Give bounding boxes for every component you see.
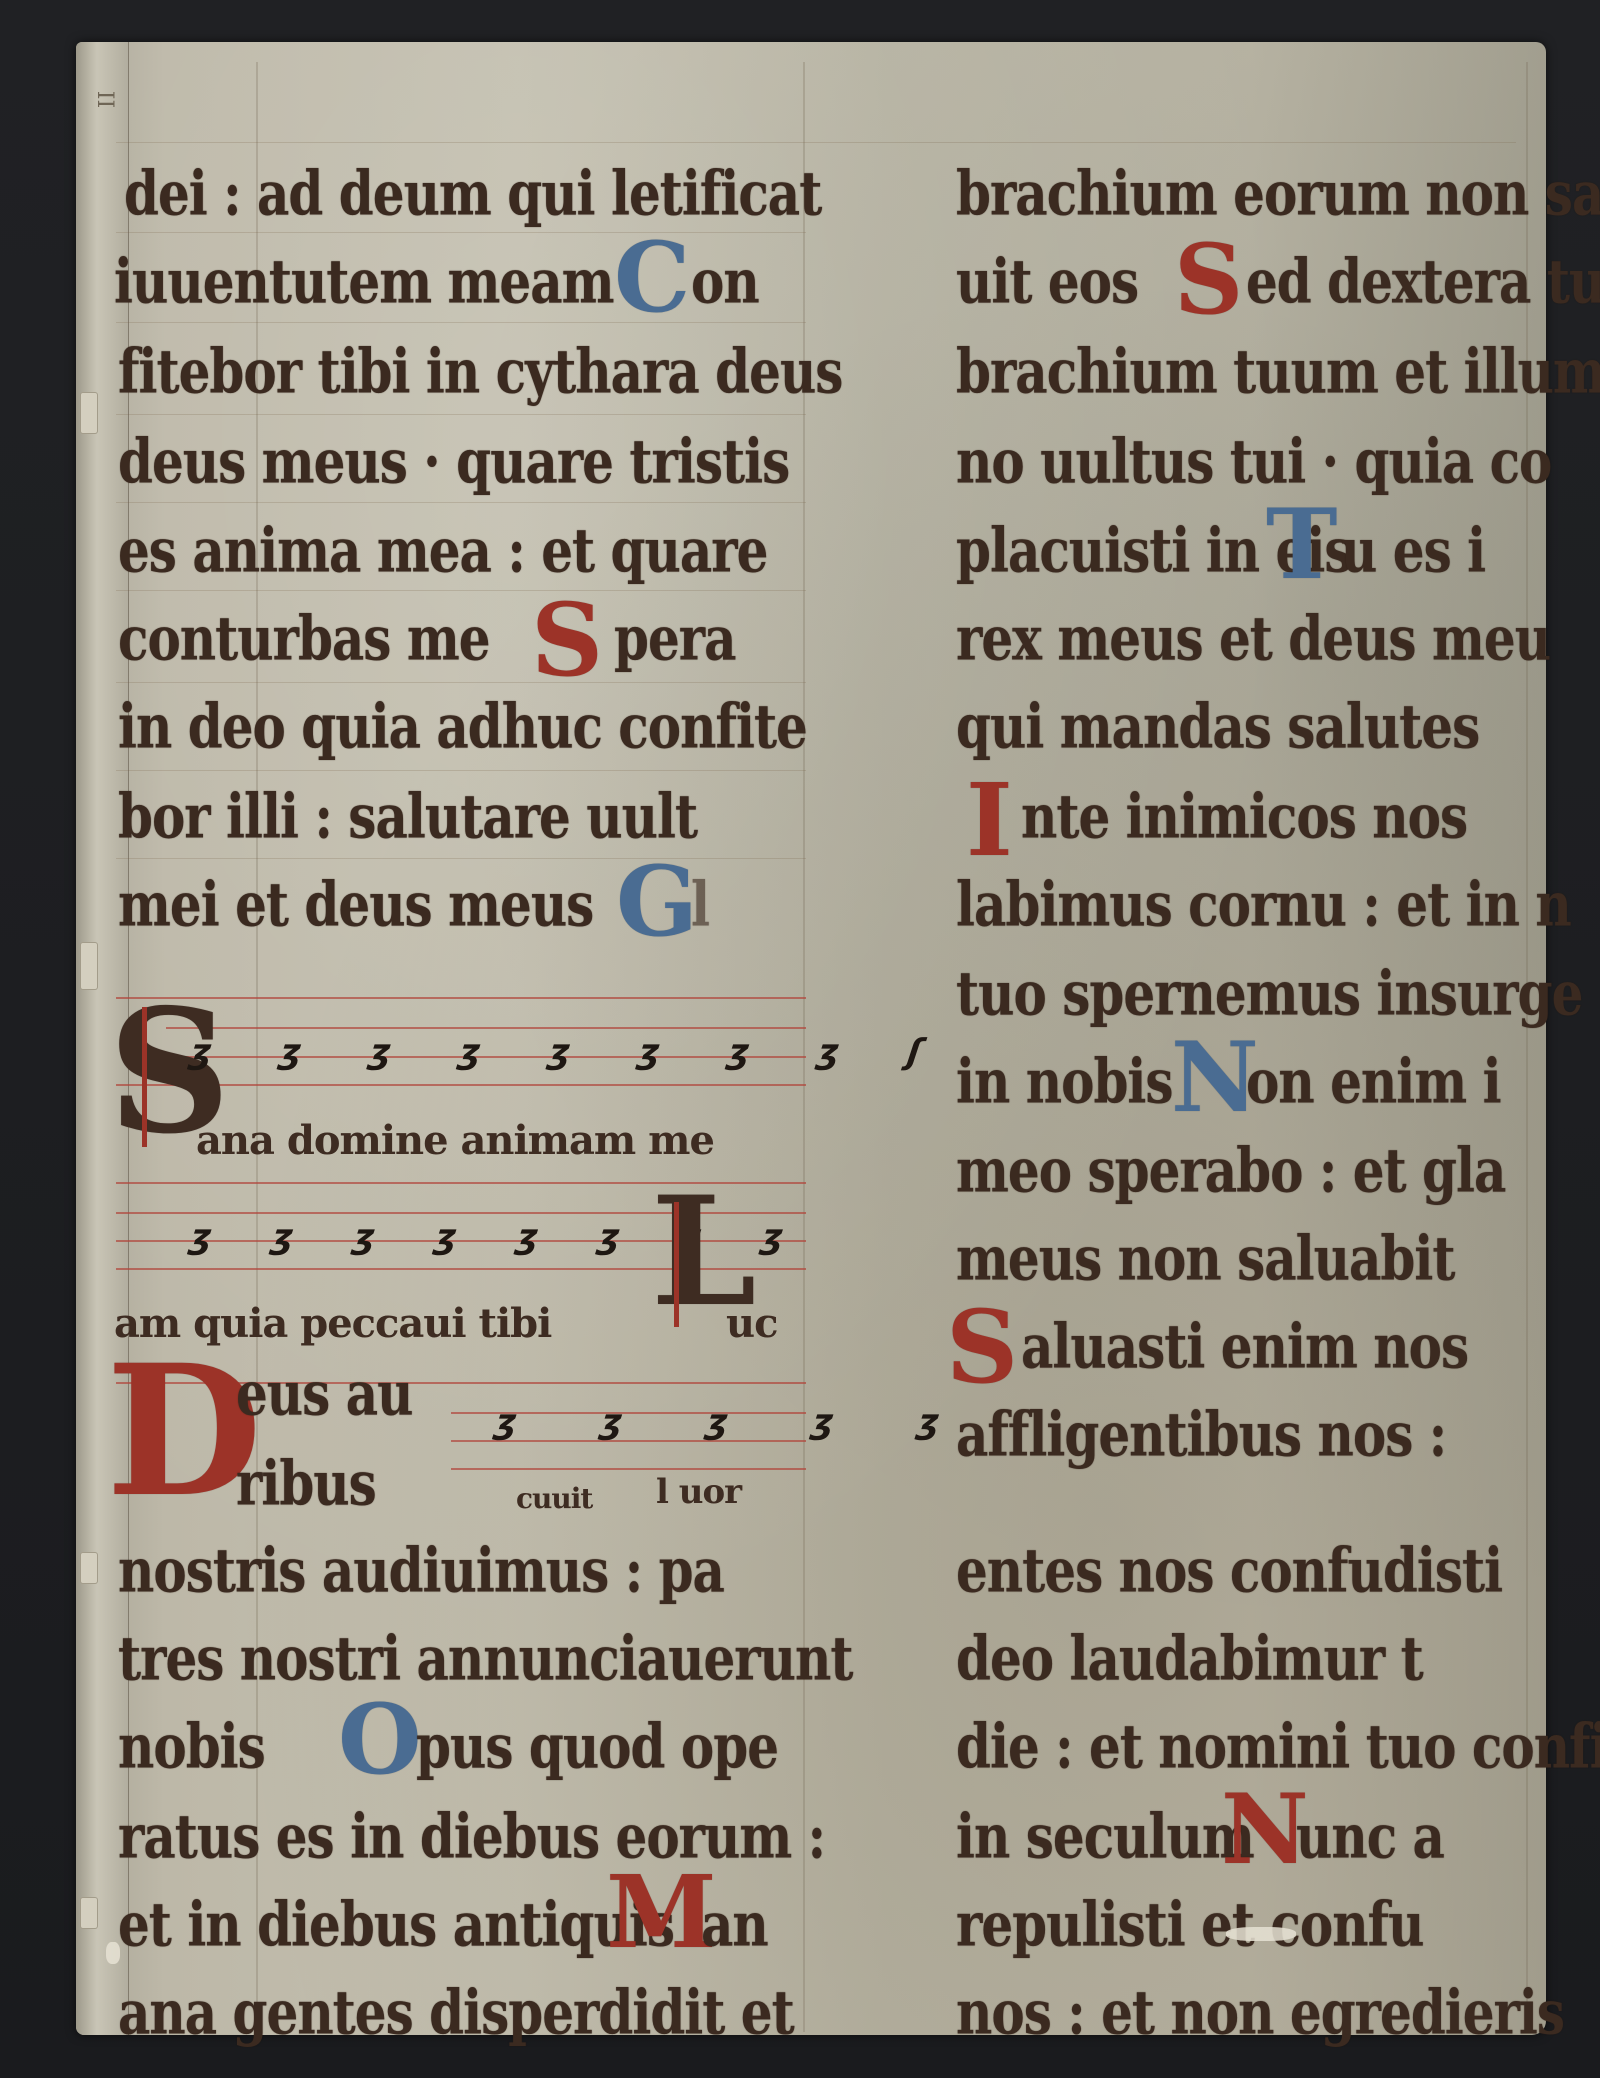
- text-line: brachium eorum non sa: [956, 157, 1600, 230]
- blue-initial-g: G: [616, 854, 698, 950]
- text-line: qui mandas salutes: [956, 690, 1479, 763]
- text-line: ribus: [236, 1447, 376, 1520]
- blue-initial-o: O: [338, 1692, 422, 1788]
- text-line: meus non saluabit: [956, 1222, 1454, 1295]
- sewing-tab: [80, 1897, 98, 1929]
- text-line: mei et deus meus: [118, 868, 593, 941]
- staff-line: [451, 1468, 806, 1470]
- chant-lyric-small: cuuit: [516, 1482, 592, 1515]
- ruling-line: [116, 858, 806, 859]
- text-line: dei : ad deum qui letificat: [124, 157, 821, 230]
- text-line: l: [691, 868, 709, 941]
- text-line: nobis: [118, 1710, 265, 1783]
- parchment-damage: [106, 1942, 120, 1964]
- text-line: in seculum: [956, 1800, 1254, 1873]
- text-line: rex meus et deus meu: [956, 602, 1550, 675]
- ruling-line: [116, 322, 806, 323]
- text-line: labimus cornu : et in n: [956, 868, 1571, 941]
- ruling-line: [116, 232, 806, 233]
- text-line: nte inimicos nos: [1021, 780, 1467, 853]
- text-line: ratus es in diebus eorum :: [118, 1800, 825, 1873]
- text-line: eus au: [236, 1357, 412, 1430]
- text-line: ed dextera tu: [1246, 245, 1600, 318]
- text-line: in deo quia adhuc confite: [118, 690, 807, 763]
- sewing-tab: [80, 392, 98, 434]
- text-line: on enim i: [1246, 1045, 1501, 1118]
- ruling-line: [116, 770, 806, 771]
- text-line: tres nostri annunciauerunt: [118, 1622, 852, 1695]
- text-line: iuuentutem meam: [114, 245, 614, 318]
- red-initial-i: I: [966, 770, 1013, 870]
- sewing-tab: [80, 942, 98, 990]
- text-line: aluasti enim nos: [1021, 1310, 1468, 1383]
- text-line: deo laudabimur t: [956, 1622, 1423, 1695]
- ruling-line: [116, 414, 806, 415]
- staff-line: [166, 1027, 806, 1029]
- text-line: bor illi : salutare uult: [118, 780, 697, 853]
- ruling-line: [116, 502, 806, 503]
- text-line: nostris audiuimus : pa: [118, 1534, 724, 1607]
- spine-shelf-mark: II: [92, 91, 117, 108]
- text-line: uit eos: [956, 245, 1138, 318]
- text-line: es anima mea : et quare: [118, 514, 767, 587]
- neume-row: ʒ ʒ ʒ ʒ ʒ: [490, 1402, 983, 1442]
- blue-initial-t: T: [1266, 497, 1337, 593]
- manuscript-leaf: II dei : ad deum qui letificat iuuentute…: [76, 42, 1546, 2035]
- text-line: no uultus tui · quia co: [956, 425, 1551, 498]
- text-line: deus meus · quare tristis: [118, 425, 789, 498]
- text-line: repulisti et confu: [956, 1888, 1423, 1961]
- ruling-line: [116, 142, 1516, 143]
- chant-lyric-small: l uor: [656, 1472, 741, 1512]
- ruling-line: [116, 590, 806, 591]
- red-initial-stroke: [142, 1007, 147, 1147]
- blue-initial-c: C: [614, 230, 690, 326]
- text-line: meo sperabo : et gla: [956, 1134, 1505, 1207]
- chant-lyric: ana domine animam me: [196, 1117, 714, 1164]
- text-line: on: [691, 245, 759, 318]
- neume-row: ʒ ʒ ʒ ʒ ʒ ʒ ʒ ʒ ʃ: [185, 1032, 957, 1072]
- text-line: conturbas me: [118, 602, 490, 675]
- text-line: pus quod ope: [416, 1710, 778, 1783]
- chant-lyric: uc: [726, 1300, 777, 1347]
- text-line: et in diebus antiquis: [118, 1888, 674, 1961]
- text-line: u es i: [1341, 514, 1485, 587]
- red-initial-s: S: [1174, 232, 1243, 328]
- parchment-damage: [1226, 1927, 1296, 1941]
- red-initial-s: S: [946, 1297, 1018, 1397]
- text-line: unc a: [1296, 1800, 1444, 1873]
- text-line: fitebor tibi in cythara deus: [118, 335, 842, 408]
- text-line: ana gentes disperdidit et: [118, 1976, 794, 2049]
- text-line: brachium tuum et illumi: [956, 335, 1600, 408]
- red-initial-s: S: [531, 590, 603, 690]
- text-line: in nobis: [956, 1045, 1173, 1118]
- red-initial-stroke: [674, 1202, 679, 1327]
- text-line: affligentibus nos :: [956, 1398, 1446, 1471]
- text-line: an: [701, 1888, 768, 1961]
- text-line: pera: [614, 602, 736, 675]
- sewing-tab: [80, 1552, 98, 1584]
- text-line: nos : et non egredieris: [956, 1976, 1564, 2049]
- ruling-line: [116, 682, 806, 683]
- text-line: entes nos confudisti: [956, 1534, 1502, 1607]
- text-line: tuo spernemus insurge: [956, 957, 1582, 1030]
